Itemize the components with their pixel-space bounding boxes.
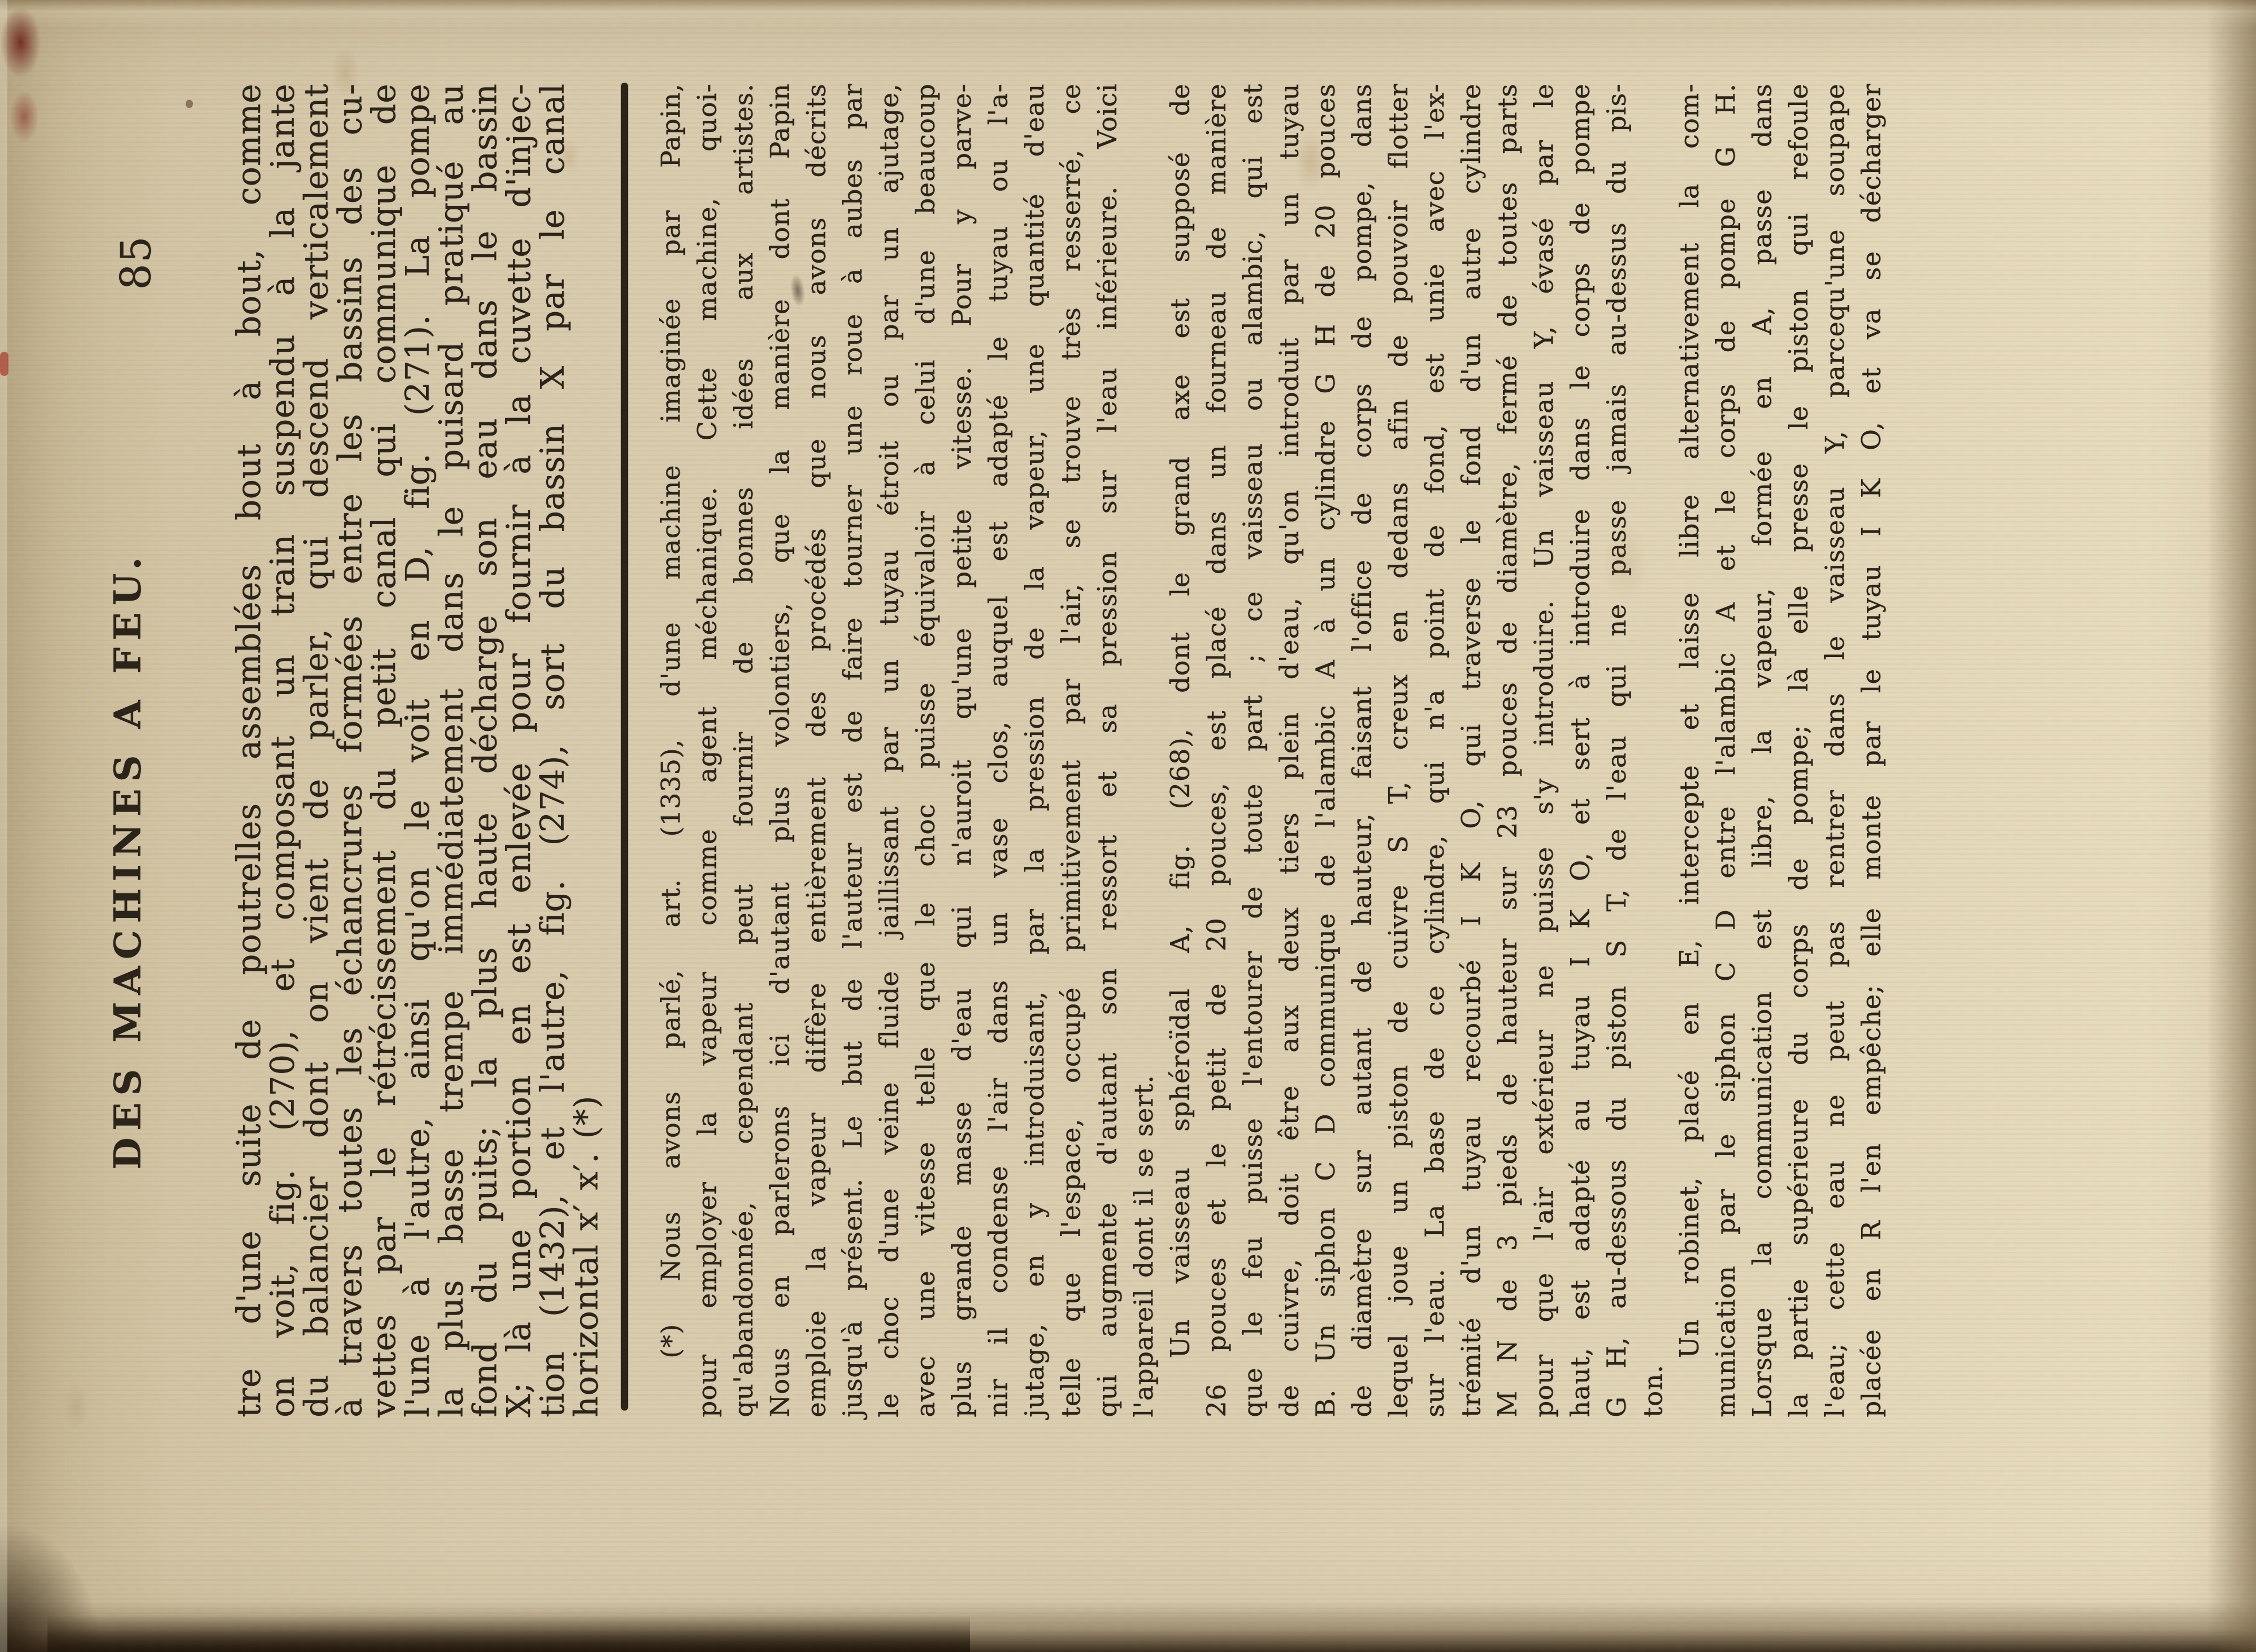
text-line: du balancier dont on vient de parler, qu… (299, 83, 333, 1417)
text-line: le choc d'une veine fluide jaillissant p… (871, 83, 907, 1417)
text-line: de diamètre sur autant de hauteur, faisa… (1344, 83, 1380, 1417)
text-line: avec une vitesse telle que le choc puiss… (907, 83, 944, 1417)
footnote-block: (*) Nous avons parlé, art. (1335), d'une… (653, 83, 1890, 1417)
page-number: 85 (113, 220, 160, 305)
page-top-edge-shadow (0, 0, 2256, 28)
main-paragraph: tre d'une suite de poutrelles assemblées… (232, 83, 603, 1417)
text-line: qu'abandonnée, cependant peut fournir de… (725, 83, 762, 1417)
text-line: plus grande masse d'eau qui n'auroit qu'… (944, 83, 980, 1417)
text-line: G H, au-dessous du piston S T, de l'eau … (1599, 83, 1635, 1417)
page-right-edge-shadow (2207, 0, 2256, 1652)
text-line: X; là une portion en est enlevée pour fo… (502, 83, 536, 1417)
text-line: emploie la vapeur diffère entièrement de… (798, 83, 835, 1417)
foxing-stain (63, 1383, 89, 1431)
text-line: pour employer la vapeur comme agent méch… (689, 83, 725, 1417)
text-line: ton. (1635, 83, 1671, 1417)
screenshot-root: { "page": { "number": "85", "running_hea… (0, 0, 2256, 1652)
text-line: telle que l'espace, occupé primitivement… (1053, 83, 1089, 1417)
page-bottom-edge-dark-band (47, 1615, 970, 1652)
text-line: Un robinet, placé en E, intercepte et la… (1671, 83, 1708, 1417)
text-line: 26 pouces et le petit de 20 pouces, est … (1198, 83, 1235, 1417)
running-header: DES MACHINES A FEU. (105, 550, 149, 1170)
text-line: fond du puits; la plus haute décharge so… (468, 83, 502, 1417)
scanned-book-page: DES MACHINES A FEU. 85 tre d'une suite d… (0, 0, 2256, 1652)
text-line: l'eau; cette eau ne peut pas rentrer dan… (1817, 83, 1853, 1417)
text-line: lequel joue un piston de cuivre S T, cre… (1380, 83, 1417, 1417)
text-line: sur l'eau. La base de ce cylindre, qui n… (1417, 83, 1453, 1417)
text-line: la partie supérieure du corps de pompe; … (1780, 83, 1817, 1417)
text-line: B. Un siphon C D communique de l'alambic… (1308, 83, 1344, 1417)
page-corner-shadow (0, 1525, 100, 1652)
text-line: Nous en parlerons ici d'autant plus volo… (762, 83, 798, 1417)
main-text-block: tre d'une suite de poutrelles assemblées… (232, 83, 603, 1417)
text-line: horizontal x′ x′. (*) (569, 83, 603, 1417)
text-line: qui augmente d'autant son ressort et sa … (1089, 83, 1126, 1417)
red-mark (0, 352, 8, 376)
footnote-separator-rule (621, 83, 628, 1411)
text-line: trémité d'un tuyau recourbé I K O, qui t… (1453, 83, 1489, 1417)
text-line: vettes par le rétrécissement du petit ca… (367, 83, 401, 1417)
text-line: tre d'une suite de poutrelles assemblées… (232, 83, 266, 1417)
footnote-paragraph-2: Un vaisseau sphéroïdal A, fig. (268), do… (1162, 83, 1671, 1417)
text-line: la plus basse trempe immédiatement dans … (434, 83, 468, 1417)
text-line: haut, est adapté au tuyau I K O, et sert… (1562, 83, 1599, 1417)
text-line: que le feu puisse l'entourer de toute pa… (1235, 83, 1271, 1417)
text-line: on voit, fig. (270), et composant un tra… (266, 83, 299, 1417)
page-edge-highlight (0, 0, 7, 1652)
text-line: à travers toutes les échancrures formées… (333, 83, 367, 1417)
text-line: jusqu'à présent. Le but de l'auteur est … (835, 83, 871, 1417)
text-line: l'appareil dont il se sert. (1126, 83, 1162, 1417)
footnote-paragraph-1: (*) Nous avons parlé, art. (1335), d'une… (653, 83, 1162, 1417)
text-line: de cuivre, doit être aux deux tiers plei… (1271, 83, 1308, 1417)
ink-speck (186, 100, 193, 108)
book-page-sheet: DES MACHINES A FEU. 85 tre d'une suite d… (0, 0, 2256, 1652)
text-line: l'une à l'autre, ainsi qu'on le voit en … (401, 83, 434, 1417)
page-bottom-edge-shadow (0, 1601, 2256, 1652)
text-line: nir il condense l'air dans un vase clos,… (980, 83, 1016, 1417)
text-line: M N de 3 pieds de hauteur sur 23 pouces … (1489, 83, 1526, 1417)
text-line: tion (1432), et l'autre, fig. (274), sor… (536, 83, 569, 1417)
maroon-stain-small (9, 90, 39, 143)
text-line: pour que l'air extérieur ne puisse s'y i… (1526, 83, 1562, 1417)
text-line: Un vaisseau sphéroïdal A, fig. (268), do… (1162, 83, 1198, 1417)
text-line: placée en R l'en empêche; elle monte par… (1853, 83, 1890, 1417)
text-line: Lorsque la communication est libre, la v… (1744, 83, 1780, 1417)
text-line: munication par le siphon C D entre l'ala… (1708, 83, 1744, 1417)
text-line: (*) Nous avons parlé, art. (1335), d'une… (653, 83, 689, 1417)
maroon-stain-large (0, 7, 41, 78)
footnote-paragraph-3: Un robinet, placé en E, intercepte et la… (1671, 83, 1890, 1417)
text-line: jutage, en y introduisant, par la pressi… (1016, 83, 1053, 1417)
